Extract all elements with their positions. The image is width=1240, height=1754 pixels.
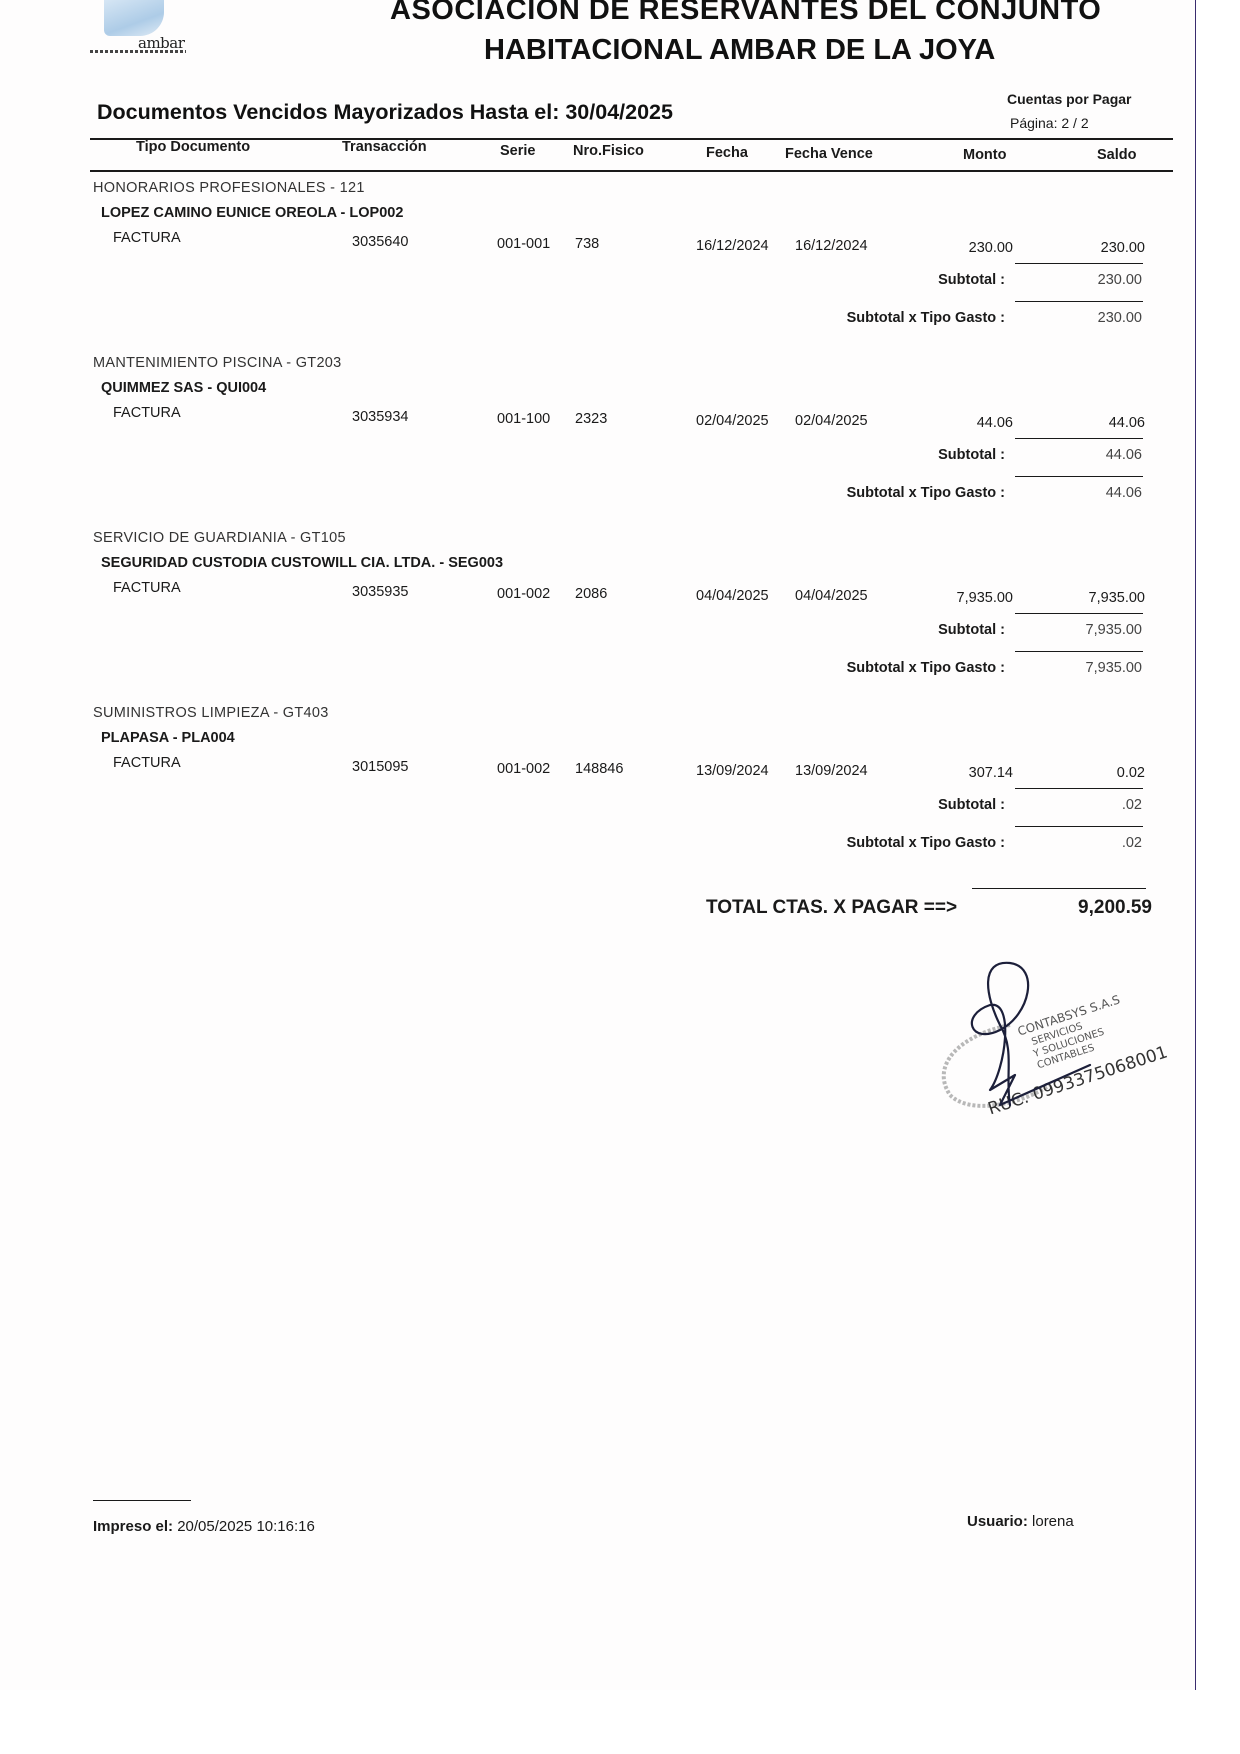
row-monto: 230.00 (873, 240, 1013, 256)
user-value: lorena (1032, 1513, 1074, 1530)
subtotal-value: 230.00 (1002, 272, 1142, 288)
total-label: TOTAL CTAS. X PAGAR ==> (706, 897, 957, 919)
subtotal-rule (1015, 613, 1143, 614)
row-fecha-vence: 04/04/2025 (795, 588, 868, 604)
row-tipo: FACTURA (113, 230, 181, 246)
subtotal-rule (1015, 263, 1143, 264)
row-transaccion: 3035934 (352, 409, 408, 425)
report-kind: Cuentas por Pagar (1007, 91, 1131, 107)
row-serie: 001-001 (497, 236, 550, 252)
total-value: 9,200.59 (1012, 897, 1152, 919)
header-rule-bottom (90, 170, 1173, 172)
row-fecha-vence: 13/09/2024 (795, 763, 868, 779)
row-tipo: FACTURA (113, 405, 181, 421)
subtotal-label: Subtotal : (745, 447, 1005, 463)
ambar-logo: ambar (84, 0, 188, 60)
group-category: SUMINISTROS LIMPIEZA - GT403 (93, 705, 329, 721)
col-serie: Serie (500, 143, 535, 159)
row-transaccion: 3035935 (352, 584, 408, 600)
page-number: Página: 2 / 2 (1010, 115, 1089, 131)
logo-tagline (90, 50, 186, 53)
report-title: Documentos Vencidos Mayorizados Hasta el… (97, 100, 673, 125)
col-tipo-documento: Tipo Documento (136, 139, 250, 155)
subtotal-value: 44.06 (1002, 447, 1142, 463)
row-saldo: 230.00 (1005, 240, 1145, 256)
header-rule-top (90, 138, 1173, 140)
subtotal-tipo-label: Subtotal x Tipo Gasto : (745, 835, 1005, 851)
subtotal-tipo-rule (1015, 651, 1143, 652)
subtotal-tipo-value: 230.00 (1002, 310, 1142, 326)
footer-rule (93, 1500, 191, 1501)
col-monto: Monto (963, 147, 1006, 163)
total-rule (972, 888, 1146, 889)
row-nro-fisico: 2323 (575, 411, 607, 427)
subtotal-tipo-rule (1015, 826, 1143, 827)
printed-label: Impreso el: (93, 1518, 173, 1535)
group-provider: SEGURIDAD CUSTODIA CUSTOWILL CIA. LTDA. … (101, 555, 503, 571)
subtotal-label: Subtotal : (745, 272, 1005, 288)
subtotal-tipo-label: Subtotal x Tipo Gasto : (745, 660, 1005, 676)
row-tipo: FACTURA (113, 580, 181, 596)
subtotal-tipo-label: Subtotal x Tipo Gasto : (745, 310, 1005, 326)
row-serie: 001-002 (497, 761, 550, 777)
org-title-line1: ASOCIACION DE RESERVANTES DEL CONJUNTO (390, 0, 1101, 27)
subtotal-tipo-value: 44.06 (1002, 485, 1142, 501)
group-category: MANTENIMIENTO PISCINA - GT203 (93, 355, 342, 371)
report-page: ambar ASOCIACION DE RESERVANTES DEL CONJ… (0, 0, 1196, 1690)
subtotal-label: Subtotal : (745, 797, 1005, 813)
subtotal-rule (1015, 438, 1143, 439)
row-nro-fisico: 148846 (575, 761, 623, 777)
subtotal-rule (1015, 788, 1143, 789)
user-info: Usuario: lorena (967, 1513, 1074, 1530)
user-label: Usuario: (967, 1513, 1028, 1530)
org-title-line2: HABITACIONAL AMBAR DE LA JOYA (484, 34, 995, 67)
row-monto: 307.14 (873, 765, 1013, 781)
group-provider: LOPEZ CAMINO EUNICE OREOLA - LOP002 (101, 205, 403, 221)
group-category: HONORARIOS PROFESIONALES - 121 (93, 180, 365, 196)
row-serie: 001-100 (497, 411, 550, 427)
subtotal-tipo-value: .02 (1002, 835, 1142, 851)
subtotal-label: Subtotal : (745, 622, 1005, 638)
subtotal-tipo-rule (1015, 301, 1143, 302)
subtotal-value: .02 (1002, 797, 1142, 813)
row-fecha-vence: 16/12/2024 (795, 238, 868, 254)
row-fecha: 04/04/2025 (696, 588, 769, 604)
group-category: SERVICIO DE GUARDIANIA - GT105 (93, 530, 346, 546)
col-nro-fisico: Nro.Fisico (573, 143, 644, 159)
col-fecha: Fecha (706, 145, 748, 161)
row-saldo: 7,935.00 (1005, 590, 1145, 606)
subtotal-tipo-rule (1015, 476, 1143, 477)
col-saldo: Saldo (1097, 147, 1136, 163)
row-fecha: 13/09/2024 (696, 763, 769, 779)
col-fecha-vence: Fecha Vence (785, 146, 873, 162)
printed-value: 20/05/2025 10:16:16 (177, 1518, 315, 1535)
row-fecha: 02/04/2025 (696, 413, 769, 429)
group-provider: QUIMMEZ SAS - QUI004 (101, 380, 266, 396)
subtotal-tipo-value: 7,935.00 (1002, 660, 1142, 676)
row-monto: 7,935.00 (873, 590, 1013, 606)
row-serie: 001-002 (497, 586, 550, 602)
row-transaccion: 3035640 (352, 234, 408, 250)
row-saldo: 44.06 (1005, 415, 1145, 431)
row-fecha: 16/12/2024 (696, 238, 769, 254)
logo-swoosh-icon (104, 0, 164, 36)
subtotal-value: 7,935.00 (1002, 622, 1142, 638)
group-provider: PLAPASA - PLA004 (101, 730, 235, 746)
row-saldo: 0.02 (1005, 765, 1145, 781)
col-transaccion: Transacción (342, 139, 427, 155)
printed-at: Impreso el: 20/05/2025 10:16:16 (93, 1518, 315, 1535)
row-nro-fisico: 738 (575, 236, 599, 252)
row-transaccion: 3015095 (352, 759, 408, 775)
company-stamp: CONTABSYS S.A.S SERVICIOS Y SOLUCIONES C… (930, 955, 1190, 1135)
row-monto: 44.06 (873, 415, 1013, 431)
row-nro-fisico: 2086 (575, 586, 607, 602)
row-tipo: FACTURA (113, 755, 181, 771)
subtotal-tipo-label: Subtotal x Tipo Gasto : (745, 485, 1005, 501)
row-fecha-vence: 02/04/2025 (795, 413, 868, 429)
